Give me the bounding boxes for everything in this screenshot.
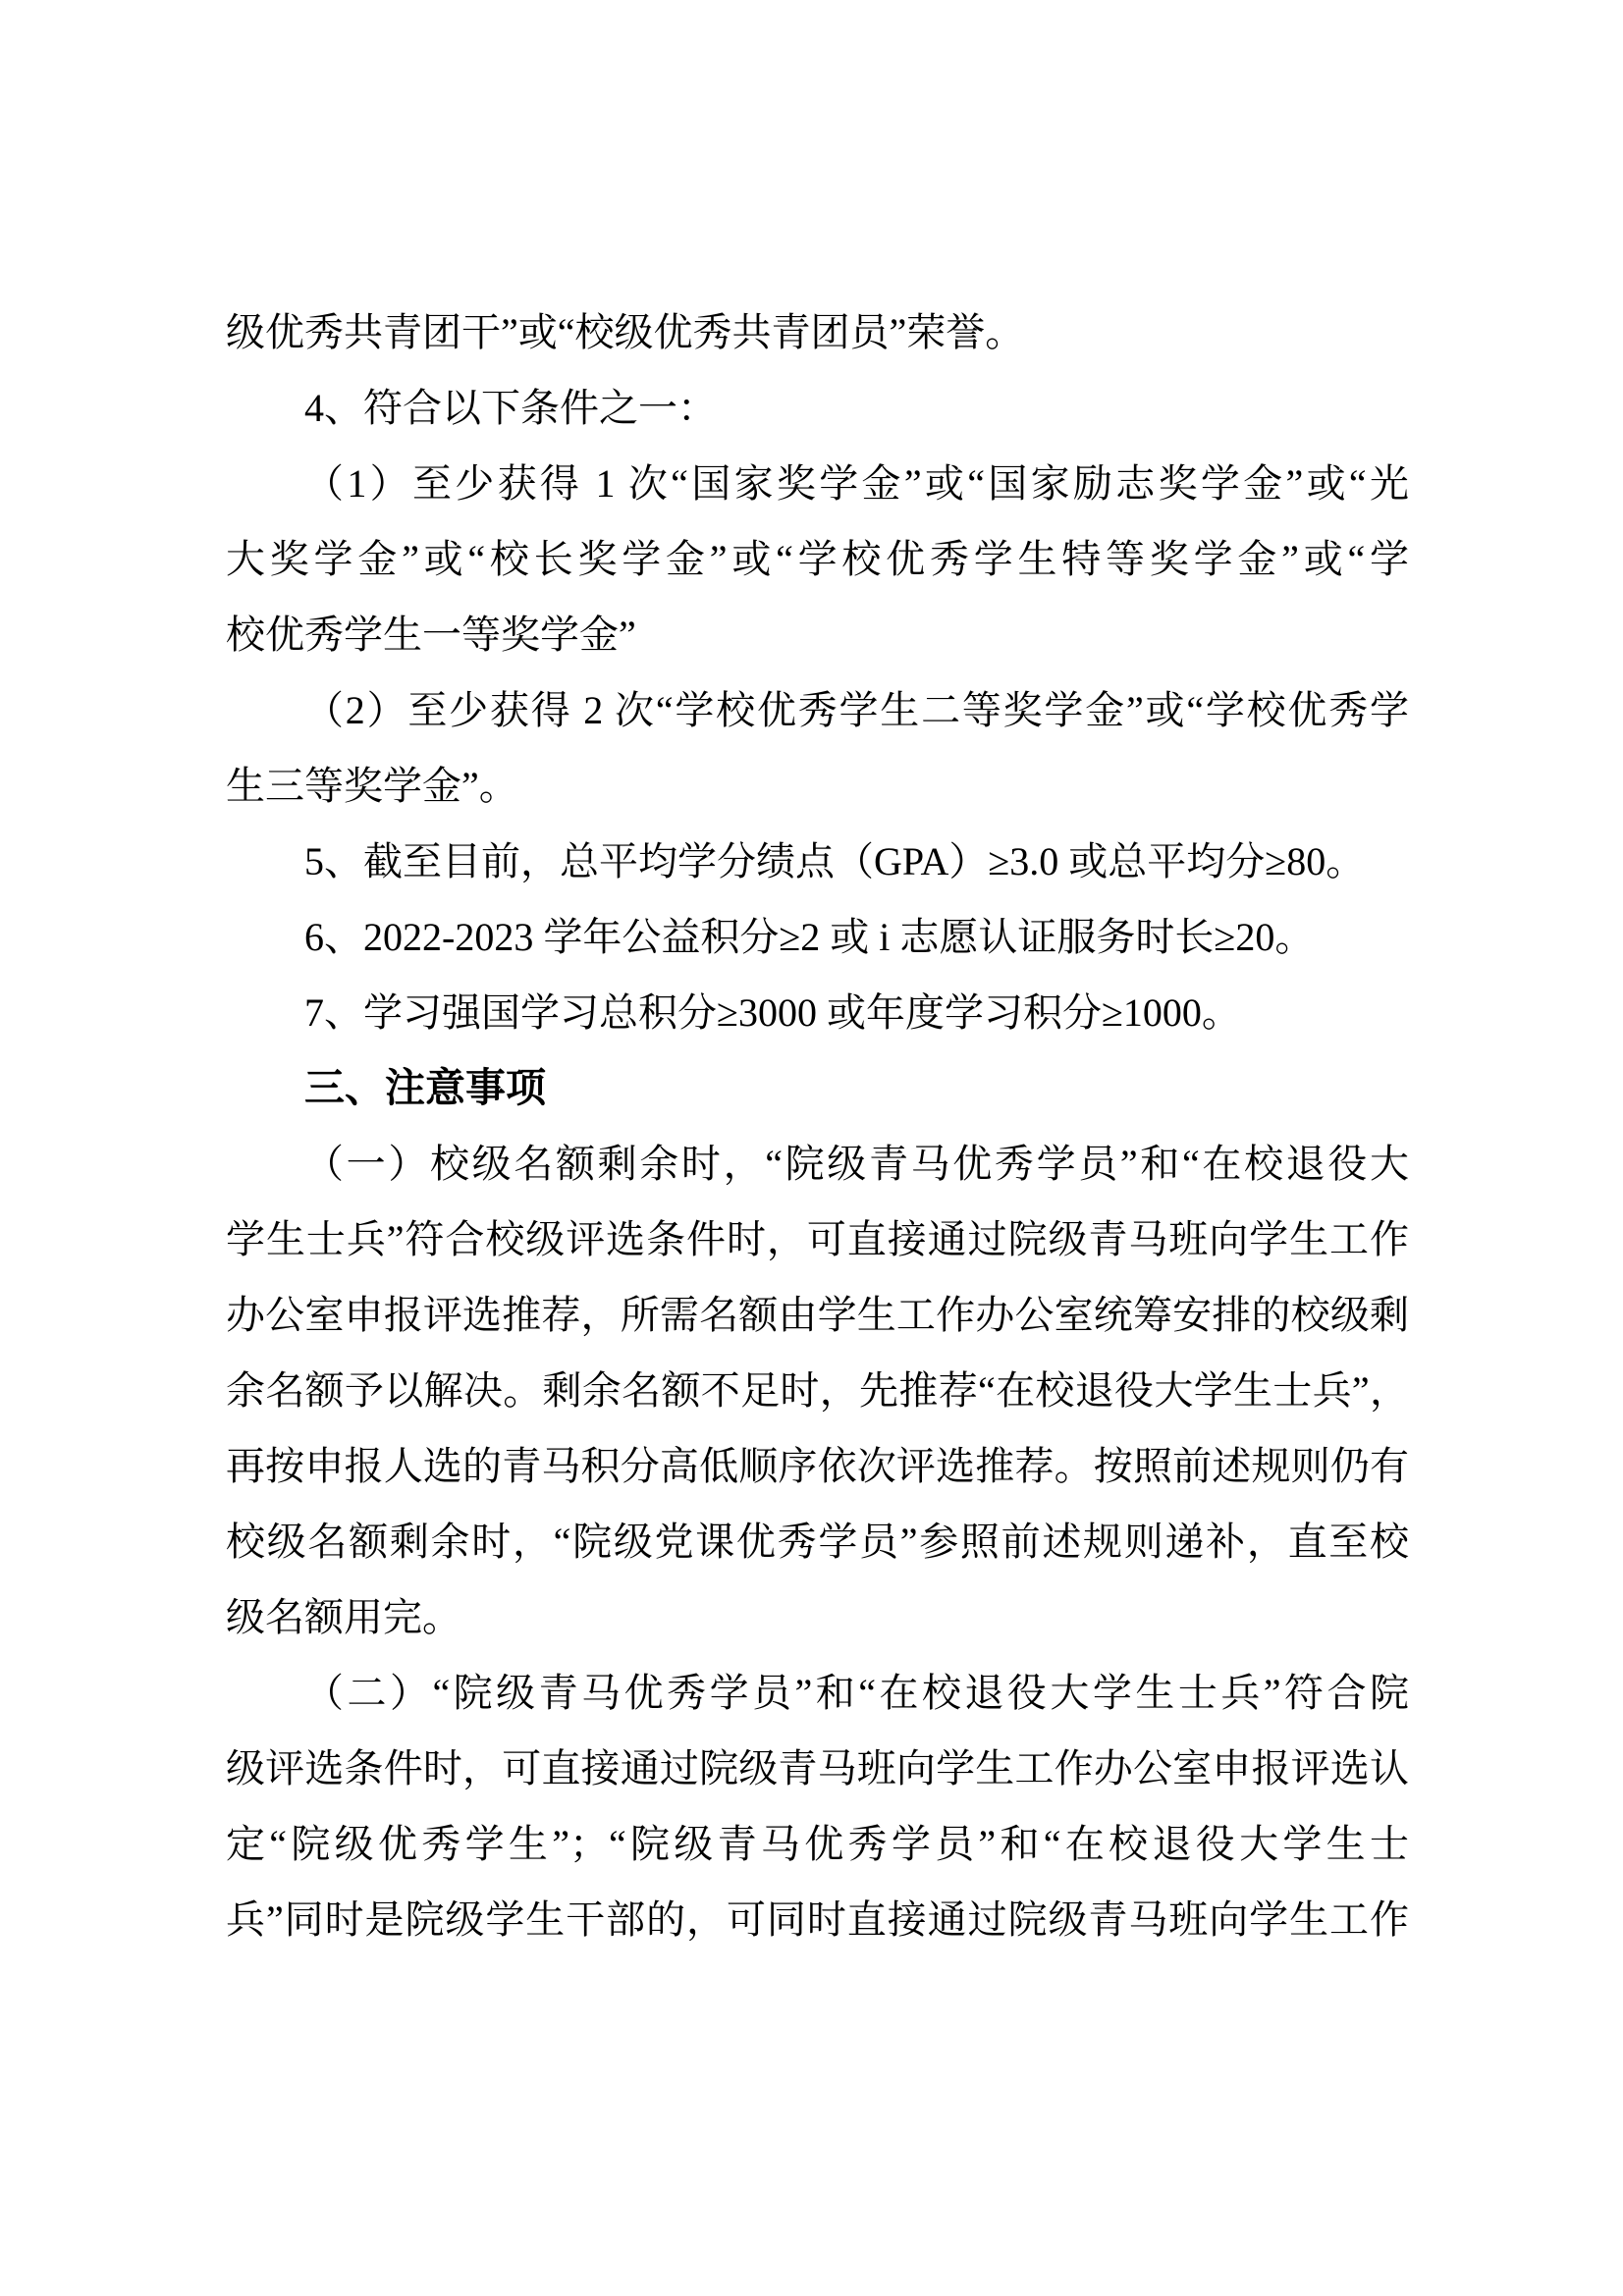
para-item-4-condition-1-line-2: 大奖学金”或“校长奖学金”或“学校优秀学生特等奖学金”或“学 <box>226 521 1409 597</box>
document-content: 级优秀共青团干”或“校级优秀共青团员”荣誉。4、符合以下条件之一：（1）至少获得… <box>226 294 1409 1957</box>
para-item-5-line-1: 5、截至目前，总平均学分绩点（GPA）≥3.0 或总平均分≥80。 <box>226 824 1409 899</box>
heading-section-three-line-1: 三、注意事项 <box>226 1050 1409 1126</box>
para-item-4-condition-1-line-1: （1）至少获得 1 次“国家奖学金”或“国家励志奖学金”或“光 <box>226 446 1409 521</box>
para-item-7-line-1: 7、学习强国学习总积分≥3000 或年度学习积分≥1000。 <box>226 975 1409 1050</box>
para-item-4-condition-2-line-1: （2）至少获得 2 次“学校优秀学生二等奖学金”或“学校优秀学 <box>226 672 1409 748</box>
para-item-4-line-1: 4、符合以下条件之一： <box>226 370 1409 446</box>
para-note-2-line-4: 兵”同时是院级学生干部的，可同时直接通过院级青马班向学生工作 <box>226 1882 1409 1957</box>
para-item-4-condition-1-line-3: 校优秀学生一等奖学金” <box>226 597 1409 672</box>
para-note-2-line-2: 级评选条件时，可直接通过院级青马班向学生工作办公室申报评选认 <box>226 1731 1409 1806</box>
para-item-4-condition-2-line-2: 生三等奖学金”。 <box>226 748 1409 824</box>
para-note-1-line-2: 学生士兵”符合校级评选条件时，可直接通过院级青马班向学生工作 <box>226 1201 1409 1277</box>
para-note-1-line-5: 再按申报人选的青马积分高低顺序依次评选推荐。按照前述规则仍有 <box>226 1428 1409 1504</box>
para-prev-page-continuation-line-1: 级优秀共青团干”或“校级优秀共青团员”荣誉。 <box>226 294 1409 370</box>
para-note-2-line-1: （二）“院级青马优秀学员”和“在校退役大学生士兵”符合院 <box>226 1655 1409 1731</box>
para-note-1-line-6: 校级名额剩余时，“院级党课优秀学员”参照前述规则递补，直至校 <box>226 1504 1409 1579</box>
document-page: 级优秀共青团干”或“校级优秀共青团员”荣誉。4、符合以下条件之一：（1）至少获得… <box>0 0 1623 2296</box>
para-note-1-line-3: 办公室申报评选推荐，所需名额由学生工作办公室统筹安排的校级剩 <box>226 1277 1409 1353</box>
para-item-6-line-1: 6、2022-2023 学年公益积分≥2 或 i 志愿认证服务时长≥20。 <box>226 899 1409 975</box>
para-note-1-line-1: （一）校级名额剩余时，“院级青马优秀学员”和“在校退役大 <box>226 1126 1409 1201</box>
para-note-2-line-3: 定“院级优秀学生”；“院级青马优秀学员”和“在校退役大学生士 <box>226 1806 1409 1882</box>
para-note-1-line-4: 余名额予以解决。剩余名额不足时，先推荐“在校退役大学生士兵”， <box>226 1353 1409 1428</box>
para-note-1-line-7: 级名额用完。 <box>226 1579 1409 1655</box>
